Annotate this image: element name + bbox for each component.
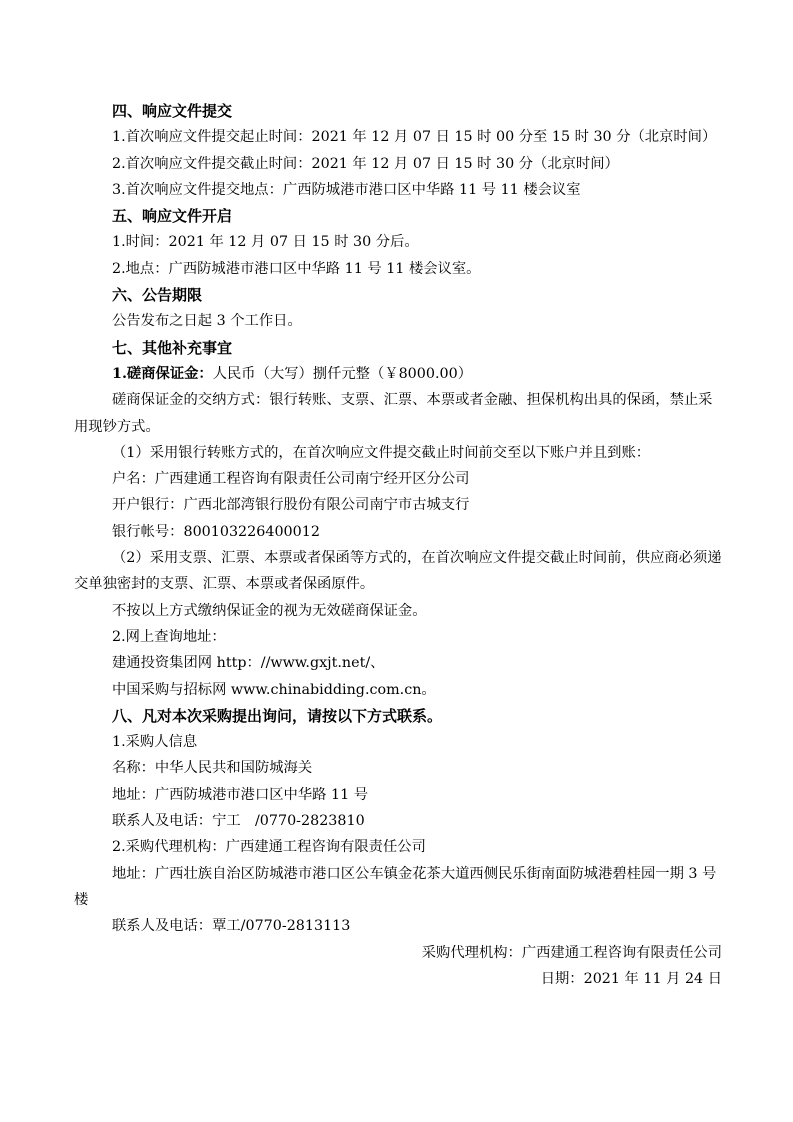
submission-deadline: 2.首次响应文件提交截止时间：2021 年 12 月 07 日 15 时 30 …: [74, 151, 722, 177]
submission-start-time: 1.首次响应文件提交起止时间：2021 年 12 月 07 日 15 时 00 …: [74, 124, 722, 150]
other-payment-methods-note: （2）采用支票、汇票、本票或者保函等方式的，在首次响应文件提交截止时间前，供应商…: [74, 545, 722, 598]
section-heading-announcement-period: 六、公告期限: [74, 282, 722, 308]
bank-account-number: 银行帐号：800103226400012: [74, 519, 722, 545]
signature-agency: 采购代理机构：广西建通工程咨询有限责任公司: [74, 940, 722, 966]
document-page: 四、响应文件提交 1.首次响应文件提交起止时间：2021 年 12 月 07 日…: [0, 0, 793, 1122]
gxjt-website-line: 建通投资集团网 http：//www.gxjt.net/、: [74, 650, 722, 676]
section-heading-response-opening: 五、响应文件开启: [74, 203, 722, 229]
chinabidding-website-line: 中国采购与招标网 www.chinabidding.com.cn。: [74, 677, 722, 703]
agent-info: 2.采购代理机构：广西建通工程咨询有限责任公司: [74, 834, 722, 860]
deposit-line: 1.磋商保证金：人民币（大写）捌仟元整（￥8000.00）: [74, 361, 722, 387]
buyer-address: 地址：广西防城港市港口区中华路 11 号: [74, 782, 722, 808]
agent-address: 地址：广西壮族自治区防城港市港口区公车镇金花茶大道西侧民乐街南面防城港碧桂园一期…: [74, 861, 722, 914]
account-name: 户名：广西建通工程咨询有限责任公司南宁经开区分公司: [74, 466, 722, 492]
submission-location: 3.首次响应文件提交地点：广西防城港市港口区中华路 11 号 11 楼会议室: [74, 177, 722, 203]
deposit-payment-methods: 磋商保证金的交纳方式：银行转账、支票、汇票、本票或者金融、担保机构出具的保函，禁…: [74, 387, 722, 440]
opening-time: 1.时间：2021 年 12 月 07 日 15 时 30 分后。: [74, 229, 722, 255]
signature-date: 日期：2021 年 11 月 24 日: [74, 966, 722, 992]
online-query-label: 2.网上查询地址：: [74, 624, 722, 650]
deposit-label: 1.磋商保证金：: [112, 366, 213, 382]
agent-contact: 联系人及电话：覃工/0770-2813113: [74, 913, 722, 939]
buyer-contact: 联系人及电话：宁工 /0770-2823810: [74, 808, 722, 834]
buyer-info-title: 1.采购人信息: [74, 729, 722, 755]
announcement-period-text: 公告发布之日起 3 个工作日。: [74, 308, 722, 334]
buyer-name: 名称：中华人民共和国防城海关: [74, 755, 722, 781]
section-heading-contact: 八、凡对本次采购提出询问，请按以下方式联系。: [74, 703, 722, 729]
invalid-deposit-note: 不按以上方式缴纳保证金的视为无效磋商保证金。: [74, 598, 722, 624]
bank-transfer-note: （1）采用银行转账方式的，在首次响应文件提交截止时间前交至以下账户并且到账：: [74, 440, 722, 466]
bank-name: 开户银行：广西北部湾银行股份有限公司南宁市古城支行: [74, 492, 722, 518]
section-heading-supplementary: 七、其他补充事宜: [74, 335, 722, 361]
opening-location: 2.地点：广西防城港市港口区中华路 11 号 11 楼会议室。: [74, 256, 722, 282]
deposit-amount: 人民币（大写）捌仟元整（￥8000.00）: [213, 366, 472, 382]
section-heading-response-submission: 四、响应文件提交: [74, 98, 722, 124]
